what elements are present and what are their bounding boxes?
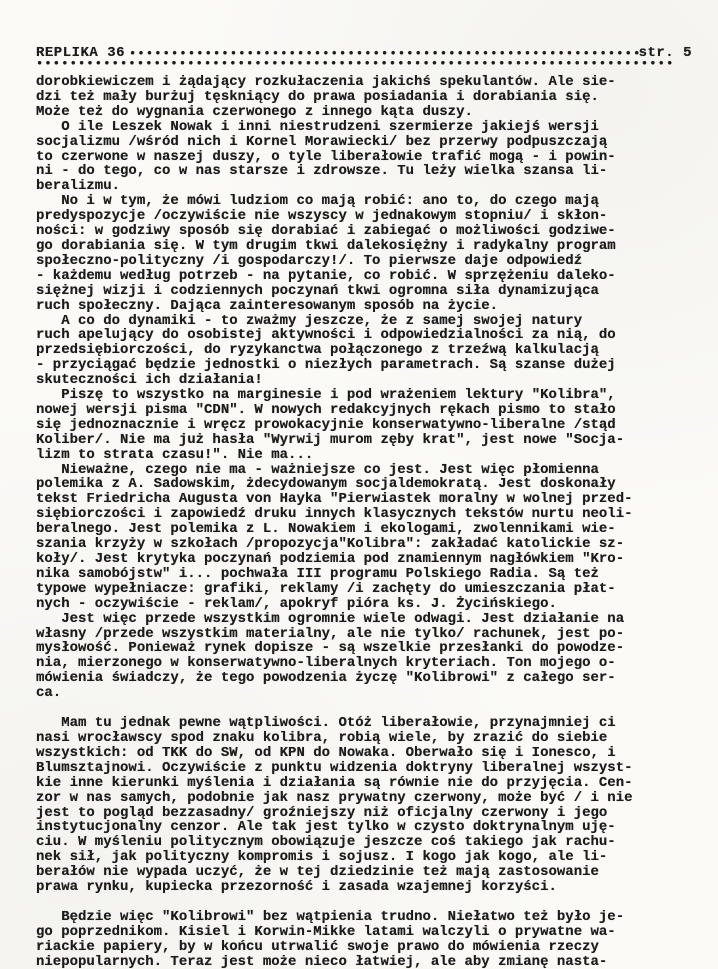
dotted-rule: ••••••••••••••••••••••••••••••••••••••••… <box>36 59 672 71</box>
paragraph: Nieważne, czego nie ma - ważniejsze co j… <box>36 463 692 612</box>
paragraph: O ile Leszek Nowak i inni niestrudzeni s… <box>36 120 692 195</box>
paragraph: No i w tym, że mówi ludziom co mają robi… <box>36 194 692 313</box>
document-body: dorobkiewiczem i żądający rozkułaczenia … <box>36 75 692 969</box>
paragraph: dorobkiewiczem i żądający rozkułaczenia … <box>36 75 692 120</box>
paragraph: Mam tu jednak pewne wątpliwości. Otóż li… <box>36 716 692 895</box>
paragraph: Piszę to wszystko na marginesie i pod wr… <box>36 388 692 463</box>
paragraph: Będzie więc "Kolibrowi" bez wątpienia tr… <box>36 910 692 969</box>
document-page: REPLIKA 36 •••••••••••••••••••••••••••••… <box>0 0 718 969</box>
paragraph: A co do dynamiki - to zważmy jeszcze, że… <box>36 314 692 389</box>
paragraph: Jest więc przede wszystkim ogromnie wiel… <box>36 612 692 701</box>
scanned-document-page: { "header": { "publication": "REPLIKA 36… <box>0 0 718 969</box>
